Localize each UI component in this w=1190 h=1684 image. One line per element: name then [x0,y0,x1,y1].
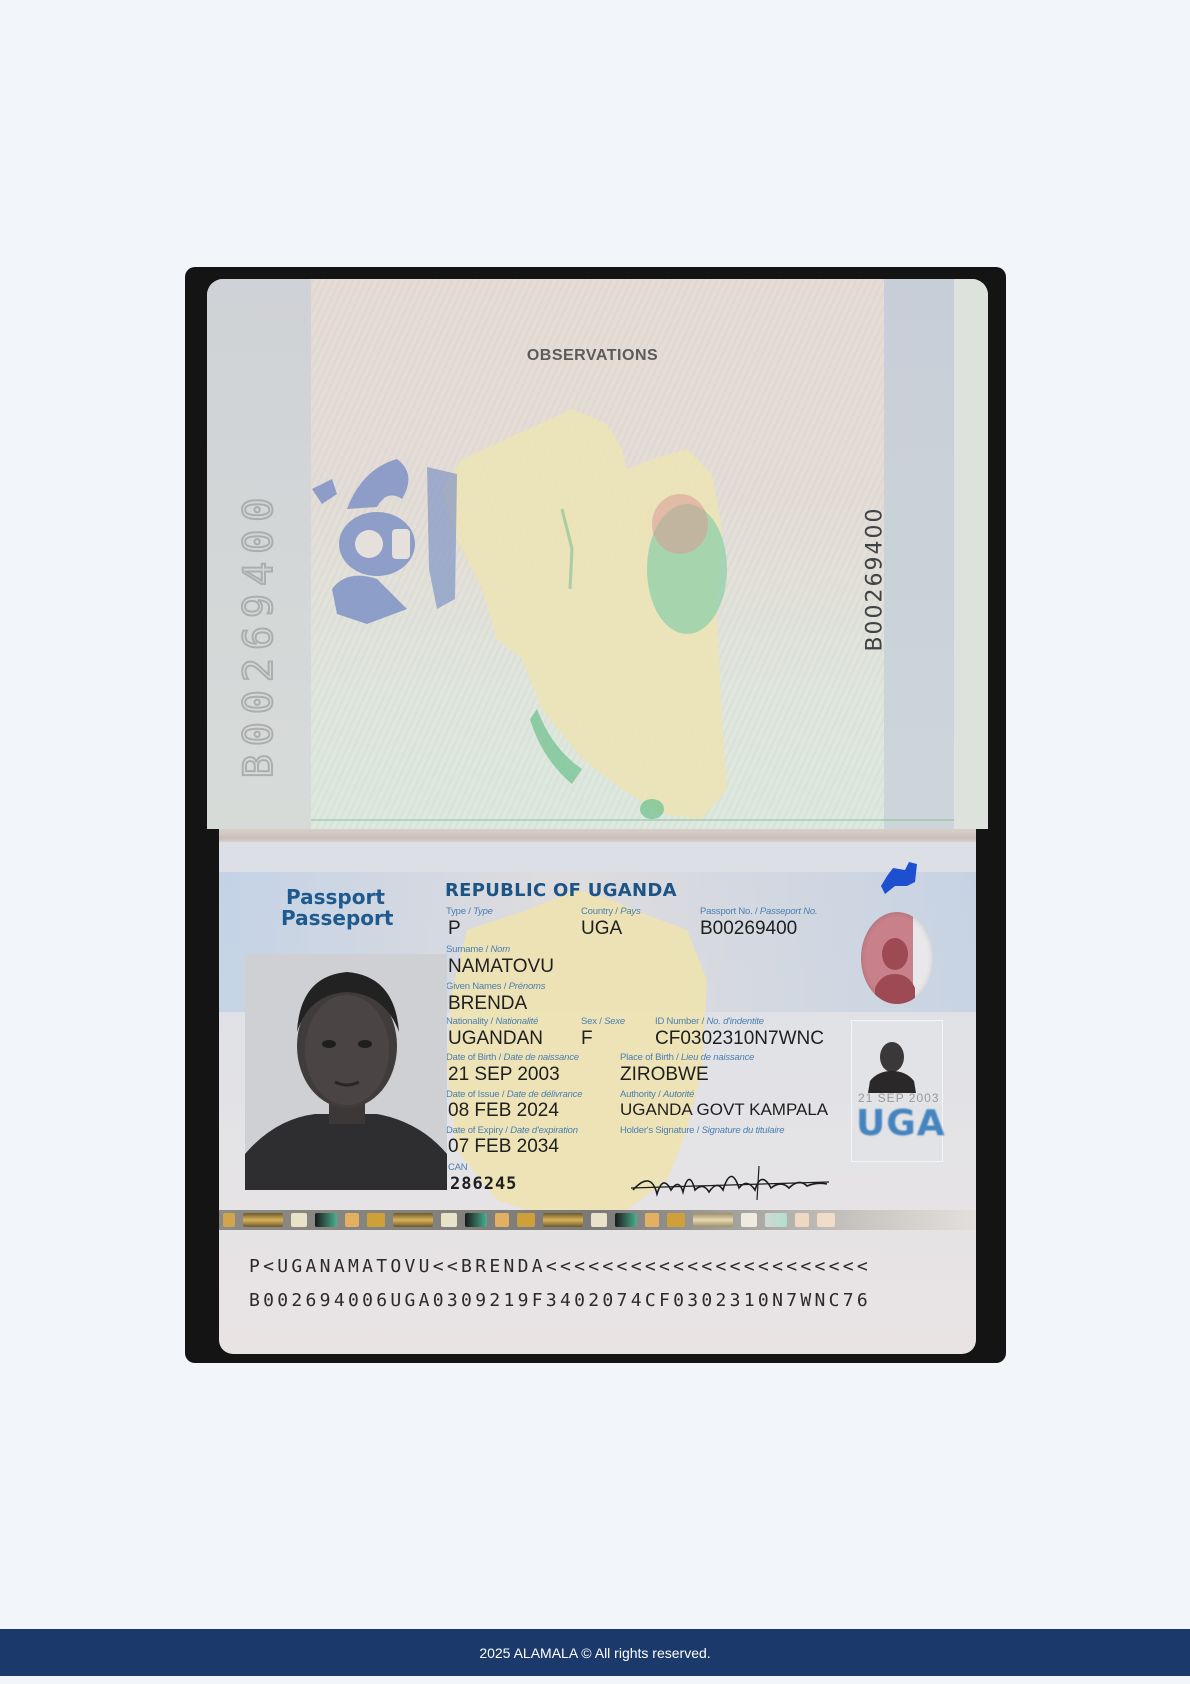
can-value: 286245 [450,1174,517,1194]
nationality-label: Nationality / Nationalité [446,1016,538,1027]
ghost-portrait-icon [875,930,915,1004]
date-of-birth-value: 21 SEP 2003 [448,1064,560,1086]
mrz-line-2: B002694006UGA0309219F3402074CF0302310N7W… [249,1290,871,1311]
issuing-country-heading: REPUBLIC OF UGANDA [445,880,677,901]
sex-label: Sex / Sexe [581,1016,625,1027]
coat-of-arms-icon [307,449,507,649]
given-names-value: BRENDA [448,993,527,1015]
surname-label: Surname / Nom [446,944,510,955]
observations-page: OBSERVATIONS B00269400 B00269400 [207,279,988,829]
passport-no-value: B00269400 [700,918,797,940]
type-value: P [448,918,461,940]
uganda-outline-icon [879,860,921,902]
footer-copyright: 2025 ALAMALA © All rights reserved. [479,1645,710,1661]
passport-scan-image: OBSERVATIONS B00269400 B00269400 Passpor… [185,267,1006,1363]
holder-photo [245,954,447,1190]
date-of-expiry-label: Date of Expiry / Date d'expiration [446,1125,578,1136]
perforated-passport-number: B00269400 [236,490,282,779]
mini-portrait-icon [866,1037,918,1093]
sex-value: F [581,1028,593,1050]
observations-heading: OBSERVATIONS [207,347,988,365]
date-of-expiry-value: 07 FEB 2034 [448,1136,559,1158]
printed-passport-number: B00269400 [863,506,888,651]
nationality-value: UGANDAN [448,1028,543,1050]
type-label: Type / Type [446,906,493,917]
can-label: CAN [448,1162,467,1173]
site-footer: 2025 ALAMALA © All rights reserved. [0,1629,1190,1676]
authority-label: Authority / Autorité [620,1089,694,1100]
passport-no-label: Passport No. / Passeport No. [700,906,817,917]
place-of-birth-value: ZIROBWE [620,1064,709,1086]
secondary-photo: 21 SEP 2003 UGA [851,1020,943,1162]
authority-value: UGANDA GOVT KAMPALA [620,1100,828,1120]
secondary-photo-country-code: UGA [856,1103,946,1144]
holder-signature-label: Holder's Signature / Signature du titula… [620,1125,784,1136]
passport-data-page: Passport Passeport REPUBLIC OF UGANDA Ty… [219,842,976,1354]
surname-value: NAMATOVU [448,956,554,978]
date-of-issue-label: Date of Issue / Date de délivrance [446,1089,582,1100]
id-number-value: CF0302310N7WNC [655,1028,824,1050]
holder-signature-icon [631,1160,831,1204]
country-value: UGA [581,918,622,940]
security-strip [219,1210,976,1230]
given-names-label: Given Names / Prénoms [446,981,545,992]
document-title-fr: Passeport [281,906,393,930]
date-of-birth-label: Date of Birth / Date de naissance [446,1052,579,1063]
mrz-line-1: P<UGANAMATOVU<<BRENDA<<<<<<<<<<<<<<<<<<<… [249,1256,871,1277]
id-number-label: ID Number / No. d'indentite [655,1016,764,1027]
page-rule [311,819,954,821]
place-of-birth-label: Place of Birth / Lieu de naissance [620,1052,754,1063]
country-label: Country / Pays [581,906,641,917]
portrait-icon [245,954,447,1190]
ghost-image-oval [861,912,933,1004]
date-of-issue-value: 08 FEB 2024 [448,1100,559,1122]
